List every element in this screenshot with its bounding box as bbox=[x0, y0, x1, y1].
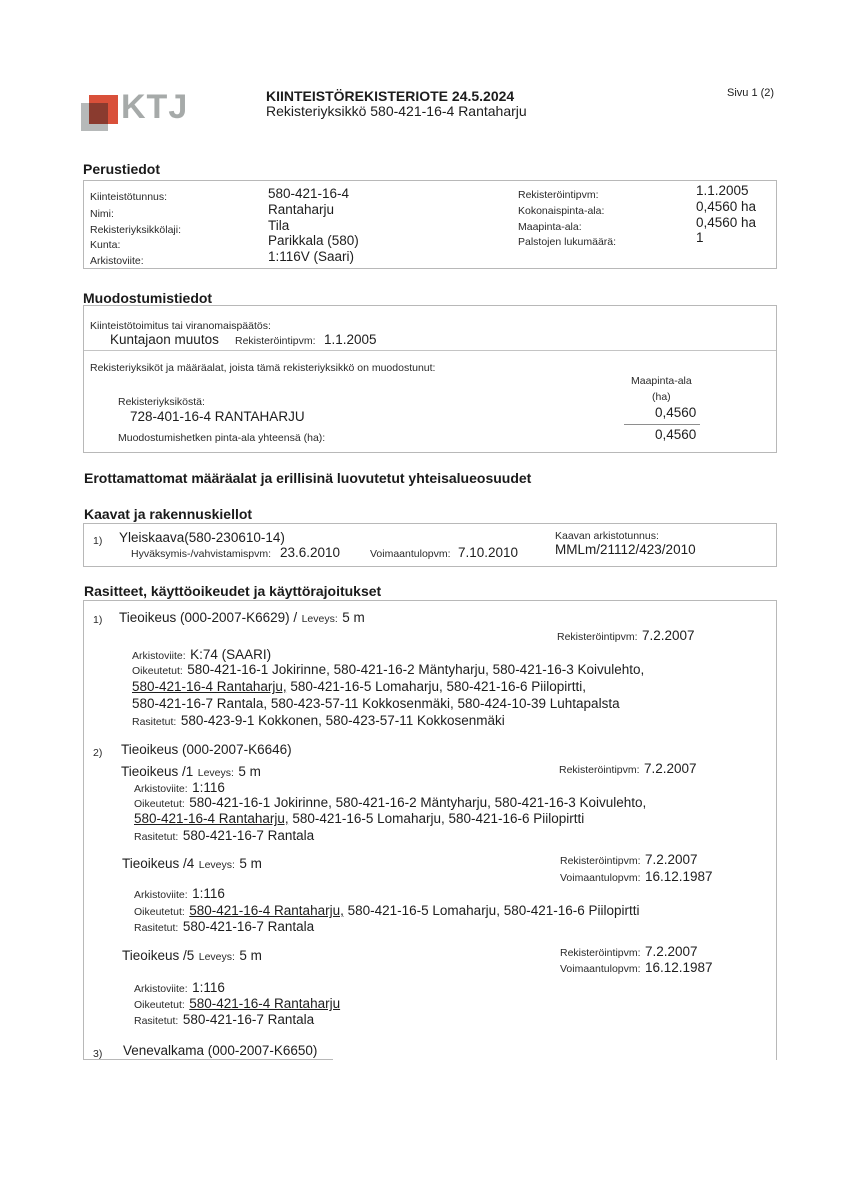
perustiedot-box bbox=[83, 180, 777, 269]
kaava-number: 1) bbox=[93, 535, 102, 547]
label-voimaantulopvm: Voimaantulopvm: bbox=[560, 963, 641, 975]
sum-line bbox=[624, 424, 700, 425]
value-rasitetut: 580-421-16-7 Rantala bbox=[183, 828, 314, 843]
label-rekisterointipvm: Rekisteröintipvm: bbox=[560, 855, 641, 867]
section-title-kaavat: Kaavat ja rakennuskiellot bbox=[84, 506, 252, 522]
label-rekisteriyksikosta: Rekisteriyksiköstä: bbox=[118, 396, 205, 408]
rasite-title-text: Tieoikeus (000-2007-K6629) / bbox=[119, 610, 297, 625]
value-arkistoviite: 1:116V (Saari) bbox=[268, 249, 354, 264]
label-rasitetut: Rasitetut: bbox=[134, 1015, 178, 1027]
value-leveys: 5 m bbox=[239, 856, 262, 871]
label-rekisterointipvm: Rekisteröintipvm: bbox=[560, 947, 641, 959]
label-kiinteistotoimitus: Kiinteistötoimitus tai viranomaispäätös: bbox=[90, 320, 271, 332]
label-oikeutetut: Oikeutetut: bbox=[132, 665, 183, 677]
rasitteet-box-bottom bbox=[83, 1059, 333, 1060]
rasite-title: Venevalkama (000-2007-K6650) bbox=[123, 1043, 317, 1058]
label-rekisterointipvm: Rekisteröintipvm: bbox=[557, 631, 638, 643]
label-voimaantulopvm: Voimaantulopvm: bbox=[560, 872, 641, 884]
value-arkistoviite: K:74 (SAARI) bbox=[190, 647, 271, 662]
rasite-title: Tieoikeus (000-2007-K6629) / Leveys: 5 m bbox=[119, 609, 365, 627]
sub-rasite-title: Tieoikeus /5 Leveys: 5 m bbox=[122, 947, 262, 965]
label-rekisterointipvm: Rekisteröintipvm: bbox=[559, 764, 640, 776]
sub-rasite-arkistoviite: Arkistoviite: 1:116 bbox=[134, 885, 225, 903]
value-oikeutetut-line1: 580-421-16-1 Jokirinne, 580-421-16-2 Män… bbox=[189, 795, 646, 810]
highlighted-unit-link: 580-421-16-4 Rantaharju bbox=[189, 996, 340, 1011]
label-kaava-voimaantulopvm: Voimaantulopvm: bbox=[370, 548, 451, 560]
label-leveys: Leveys: bbox=[199, 859, 235, 871]
label-rekisteriyksikot: Rekisteriyksiköt ja määräalat, joista tä… bbox=[90, 362, 435, 374]
rasite-title: Tieoikeus (000-2007-K6646) bbox=[121, 742, 292, 757]
sub-rasite-rek: Rekisteröintipvm: 7.2.2007 bbox=[559, 760, 697, 778]
rasite-oikeutetut: Oikeutetut: 580-421-16-1 Jokirinne, 580-… bbox=[132, 661, 644, 679]
sub-title-text: Tieoikeus /4 bbox=[122, 856, 194, 871]
rasite-oikeutetut-line2: 580-421-16-4 Rantaharju, 580-421-16-5 Lo… bbox=[132, 679, 586, 694]
label-leveys: Leveys: bbox=[199, 951, 235, 963]
value-nimi: Rantaharju bbox=[268, 202, 334, 217]
value-kaavan-arkistotunnus: MMLm/21112/423/2010 bbox=[555, 542, 696, 557]
label-kokonaispinta-ala: Kokonaispinta-ala: bbox=[518, 205, 604, 217]
label-rasitetut: Rasitetut: bbox=[134, 831, 178, 843]
label-kunta: Kunta: bbox=[90, 239, 120, 251]
label-oikeutetut: Oikeutetut: bbox=[134, 798, 185, 810]
document-title: KIINTEISTÖREKISTERIOTE 24.5.2024 bbox=[266, 88, 514, 104]
value-oikeutetut-line2: 580-421-16-5 Lomaharju, 580-421-16-6 Pii… bbox=[289, 811, 585, 826]
label-rekisteriyksikkolaji: Rekisteriyksikkölaji: bbox=[90, 224, 181, 236]
section-title-erottamattomat: Erottamattomat määräalat ja erillisinä l… bbox=[84, 470, 531, 486]
highlighted-unit-link: 580-421-16-4 Rantaharju, bbox=[189, 903, 344, 918]
sub-rasite-title: Tieoikeus /4 Leveys: 5 m bbox=[122, 855, 262, 873]
value-leveys: 5 m bbox=[238, 764, 261, 779]
label-rasitetut: Rasitetut: bbox=[134, 922, 178, 934]
value-rasitetut: 580-421-16-7 Rantala bbox=[183, 919, 314, 934]
value-from-area: 0,4560 bbox=[655, 405, 696, 420]
value-kokonaispinta-ala: 0,4560 ha bbox=[696, 199, 756, 214]
label-muod-rekisterointipvm: Rekisteröintipvm: bbox=[235, 335, 316, 347]
label-nimi: Nimi: bbox=[90, 208, 114, 220]
value-rekisterointipvm: 7.2.2007 bbox=[645, 852, 698, 867]
highlighted-unit-link: 580-421-16-4 Rantaharju, bbox=[132, 679, 287, 694]
section-title-perustiedot: Perustiedot bbox=[83, 161, 160, 177]
value-rekisterointipvm: 1.1.2005 bbox=[696, 183, 749, 198]
value-muod-rekisterointipvm: 1.1.2005 bbox=[324, 332, 377, 347]
label-rasitetut: Rasitetut: bbox=[132, 716, 176, 728]
label-oikeutetut: Oikeutetut: bbox=[134, 999, 185, 1011]
value-leveys: 5 m bbox=[342, 610, 365, 625]
value-rekisterointipvm: 7.2.2007 bbox=[642, 628, 695, 643]
value-oikeutetut: 580-421-16-5 Lomaharju, 580-421-16-6 Pii… bbox=[344, 903, 640, 918]
label-maapinta-ala: Maapinta-ala: bbox=[518, 221, 582, 233]
value-maapinta-ala: 0,4560 ha bbox=[696, 215, 756, 230]
value-oikeutetut-line1: 580-421-16-1 Jokirinne, 580-421-16-2 Män… bbox=[187, 662, 644, 677]
label-leveys: Leveys: bbox=[302, 613, 338, 625]
rasite-number: 3) bbox=[93, 1048, 102, 1060]
muodostumistiedot-divider bbox=[84, 350, 776, 351]
label-palstojen-lukumaara: Palstojen lukumäärä: bbox=[518, 236, 616, 248]
value-total-area: 0,4560 bbox=[655, 427, 696, 442]
value-rasitetut: 580-423-9-1 Kokkonen, 580-423-57-11 Kokk… bbox=[181, 713, 505, 728]
section-title-rasitteet: Rasitteet, käyttöoikeudet ja käyttörajoi… bbox=[84, 583, 381, 599]
label-kiinteistotunnus: Kiinteistötunnus: bbox=[90, 191, 167, 203]
value-oikeutetut-line2: 580-421-16-5 Lomaharju, 580-421-16-6 Pii… bbox=[287, 679, 586, 694]
logo-text: KTJ bbox=[121, 88, 188, 127]
label-leveys: Leveys: bbox=[198, 767, 234, 779]
sub-rasite-rek: Rekisteröintipvm: 7.2.2007 bbox=[560, 851, 698, 869]
sub-rasite-voim: Voimaantulopvm: 16.12.1987 bbox=[560, 868, 713, 886]
label-arkistoviite: Arkistoviite: bbox=[134, 983, 188, 995]
sub-title-text: Tieoikeus /1 bbox=[121, 764, 193, 779]
rasite-rek: Rekisteröintipvm: 7.2.2007 bbox=[557, 627, 695, 645]
value-kaava-voimaantulopvm: 7.10.2010 bbox=[458, 545, 518, 560]
sub-rasite-rasitetut: Rasitetut: 580-421-16-7 Rantala bbox=[134, 1011, 314, 1029]
value-hyvaksymispvm: 23.6.2010 bbox=[280, 545, 340, 560]
label-oikeutetut: Oikeutetut: bbox=[134, 906, 185, 918]
sub-rasite-voim: Voimaantulopvm: 16.12.1987 bbox=[560, 959, 713, 977]
label-arkistoviite: Arkistoviite: bbox=[90, 255, 144, 267]
value-rekisterointipvm: 7.2.2007 bbox=[644, 761, 697, 776]
highlighted-unit-link: 580-421-16-4 Rantaharju, bbox=[134, 811, 289, 826]
value-arkistoviite: 1:116 bbox=[192, 980, 225, 995]
document-subtitle: Rekisteriyksikkö 580-421-16-4 Rantaharju bbox=[266, 103, 527, 119]
sub-rasite-rasitetut: Rasitetut: 580-421-16-7 Rantala bbox=[134, 827, 314, 845]
value-rasitetut: 580-421-16-7 Rantala bbox=[183, 1012, 314, 1027]
value-arkistoviite: 1:116 bbox=[192, 780, 225, 795]
sub-rasite-rasitetut: Rasitetut: 580-421-16-7 Rantala bbox=[134, 918, 314, 936]
value-kiinteistotunnus: 580-421-16-4 bbox=[268, 186, 349, 201]
label-total-area: Muodostumishetken pinta-ala yhteensä (ha… bbox=[118, 432, 325, 444]
rasite-number: 1) bbox=[93, 614, 102, 626]
sub-rasite-oikeutetut: Oikeutetut: 580-421-16-1 Jokirinne, 580-… bbox=[134, 794, 646, 812]
label-arkistoviite: Arkistoviite: bbox=[134, 889, 188, 901]
value-voimaantulopvm: 16.12.1987 bbox=[645, 869, 713, 884]
kaava-name: Yleiskaava(580-230610-14) bbox=[119, 530, 285, 545]
value-voimaantulopvm: 16.12.1987 bbox=[645, 960, 713, 975]
section-title-muodostumistiedot: Muodostumistiedot bbox=[83, 290, 212, 306]
col-header-ha: (ha) bbox=[652, 391, 671, 403]
label-kaavan-arkistotunnus: Kaavan arkistotunnus: bbox=[555, 530, 659, 542]
value-leveys: 5 m bbox=[239, 948, 262, 963]
rasite-number: 2) bbox=[93, 747, 102, 759]
sub-rasite-oikeutetut-line2: 580-421-16-4 Rantaharju, 580-421-16-5 Lo… bbox=[134, 811, 584, 826]
value-oikeutetut-line3: 580-421-16-7 Rantala, 580-423-57-11 Kokk… bbox=[132, 696, 620, 711]
value-arkistoviite: 1:116 bbox=[192, 886, 225, 901]
value-kunta: Parikkala (580) bbox=[268, 233, 359, 248]
sub-title-text: Tieoikeus /5 bbox=[122, 948, 194, 963]
col-header-maapinta-ala: Maapinta-ala bbox=[631, 375, 692, 387]
rasite-rasitetut: Rasitetut: 580-423-9-1 Kokkonen, 580-423… bbox=[132, 712, 505, 730]
value-rekisteriyksikosta: 728-401-16-4 RANTAHARJU bbox=[130, 409, 305, 424]
label-hyvaksymispvm: Hyväksymis-/vahvistamispvm: bbox=[131, 548, 271, 560]
logo-overlap-square bbox=[89, 103, 108, 124]
label-rekisterointipvm: Rekisteröintipvm: bbox=[518, 189, 599, 201]
value-rekisterointipvm: 7.2.2007 bbox=[645, 944, 698, 959]
value-rekisteriyksikkolaji: Tila bbox=[268, 218, 289, 233]
page-number: Sivu 1 (2) bbox=[727, 87, 774, 99]
value-palstojen-lukumaara: 1 bbox=[696, 230, 704, 245]
value-kiinteistotoimitus: Kuntajaon muutos bbox=[110, 332, 219, 347]
